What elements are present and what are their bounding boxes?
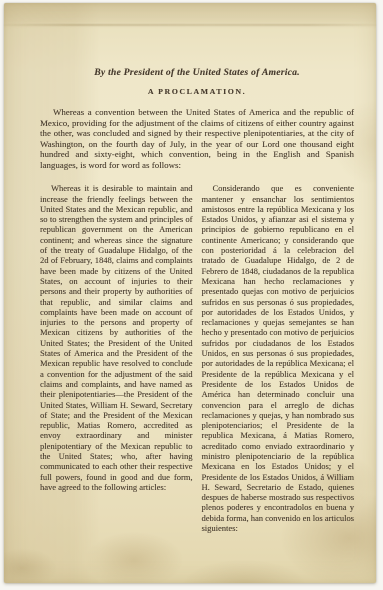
intro-paragraph: Whereas a convention between the United … <box>40 107 354 170</box>
proclamation-subheader: A PROCLAMATION. <box>40 87 354 97</box>
scanned-document-page: By the President of the United States of… <box>0 0 383 590</box>
fold-crease-line <box>4 24 376 26</box>
document-content: By the President of the United States of… <box>40 67 354 533</box>
paper-sheet: By the President of the United States of… <box>4 3 376 583</box>
bilingual-columns: Whereas it is desirable to maintain and … <box>40 183 354 533</box>
spanish-column: Considerando que es conveniente mantener… <box>202 183 355 533</box>
english-column: Whereas it is desirable to maintain and … <box>40 183 193 533</box>
document-header: By the President of the United States of… <box>40 67 354 79</box>
